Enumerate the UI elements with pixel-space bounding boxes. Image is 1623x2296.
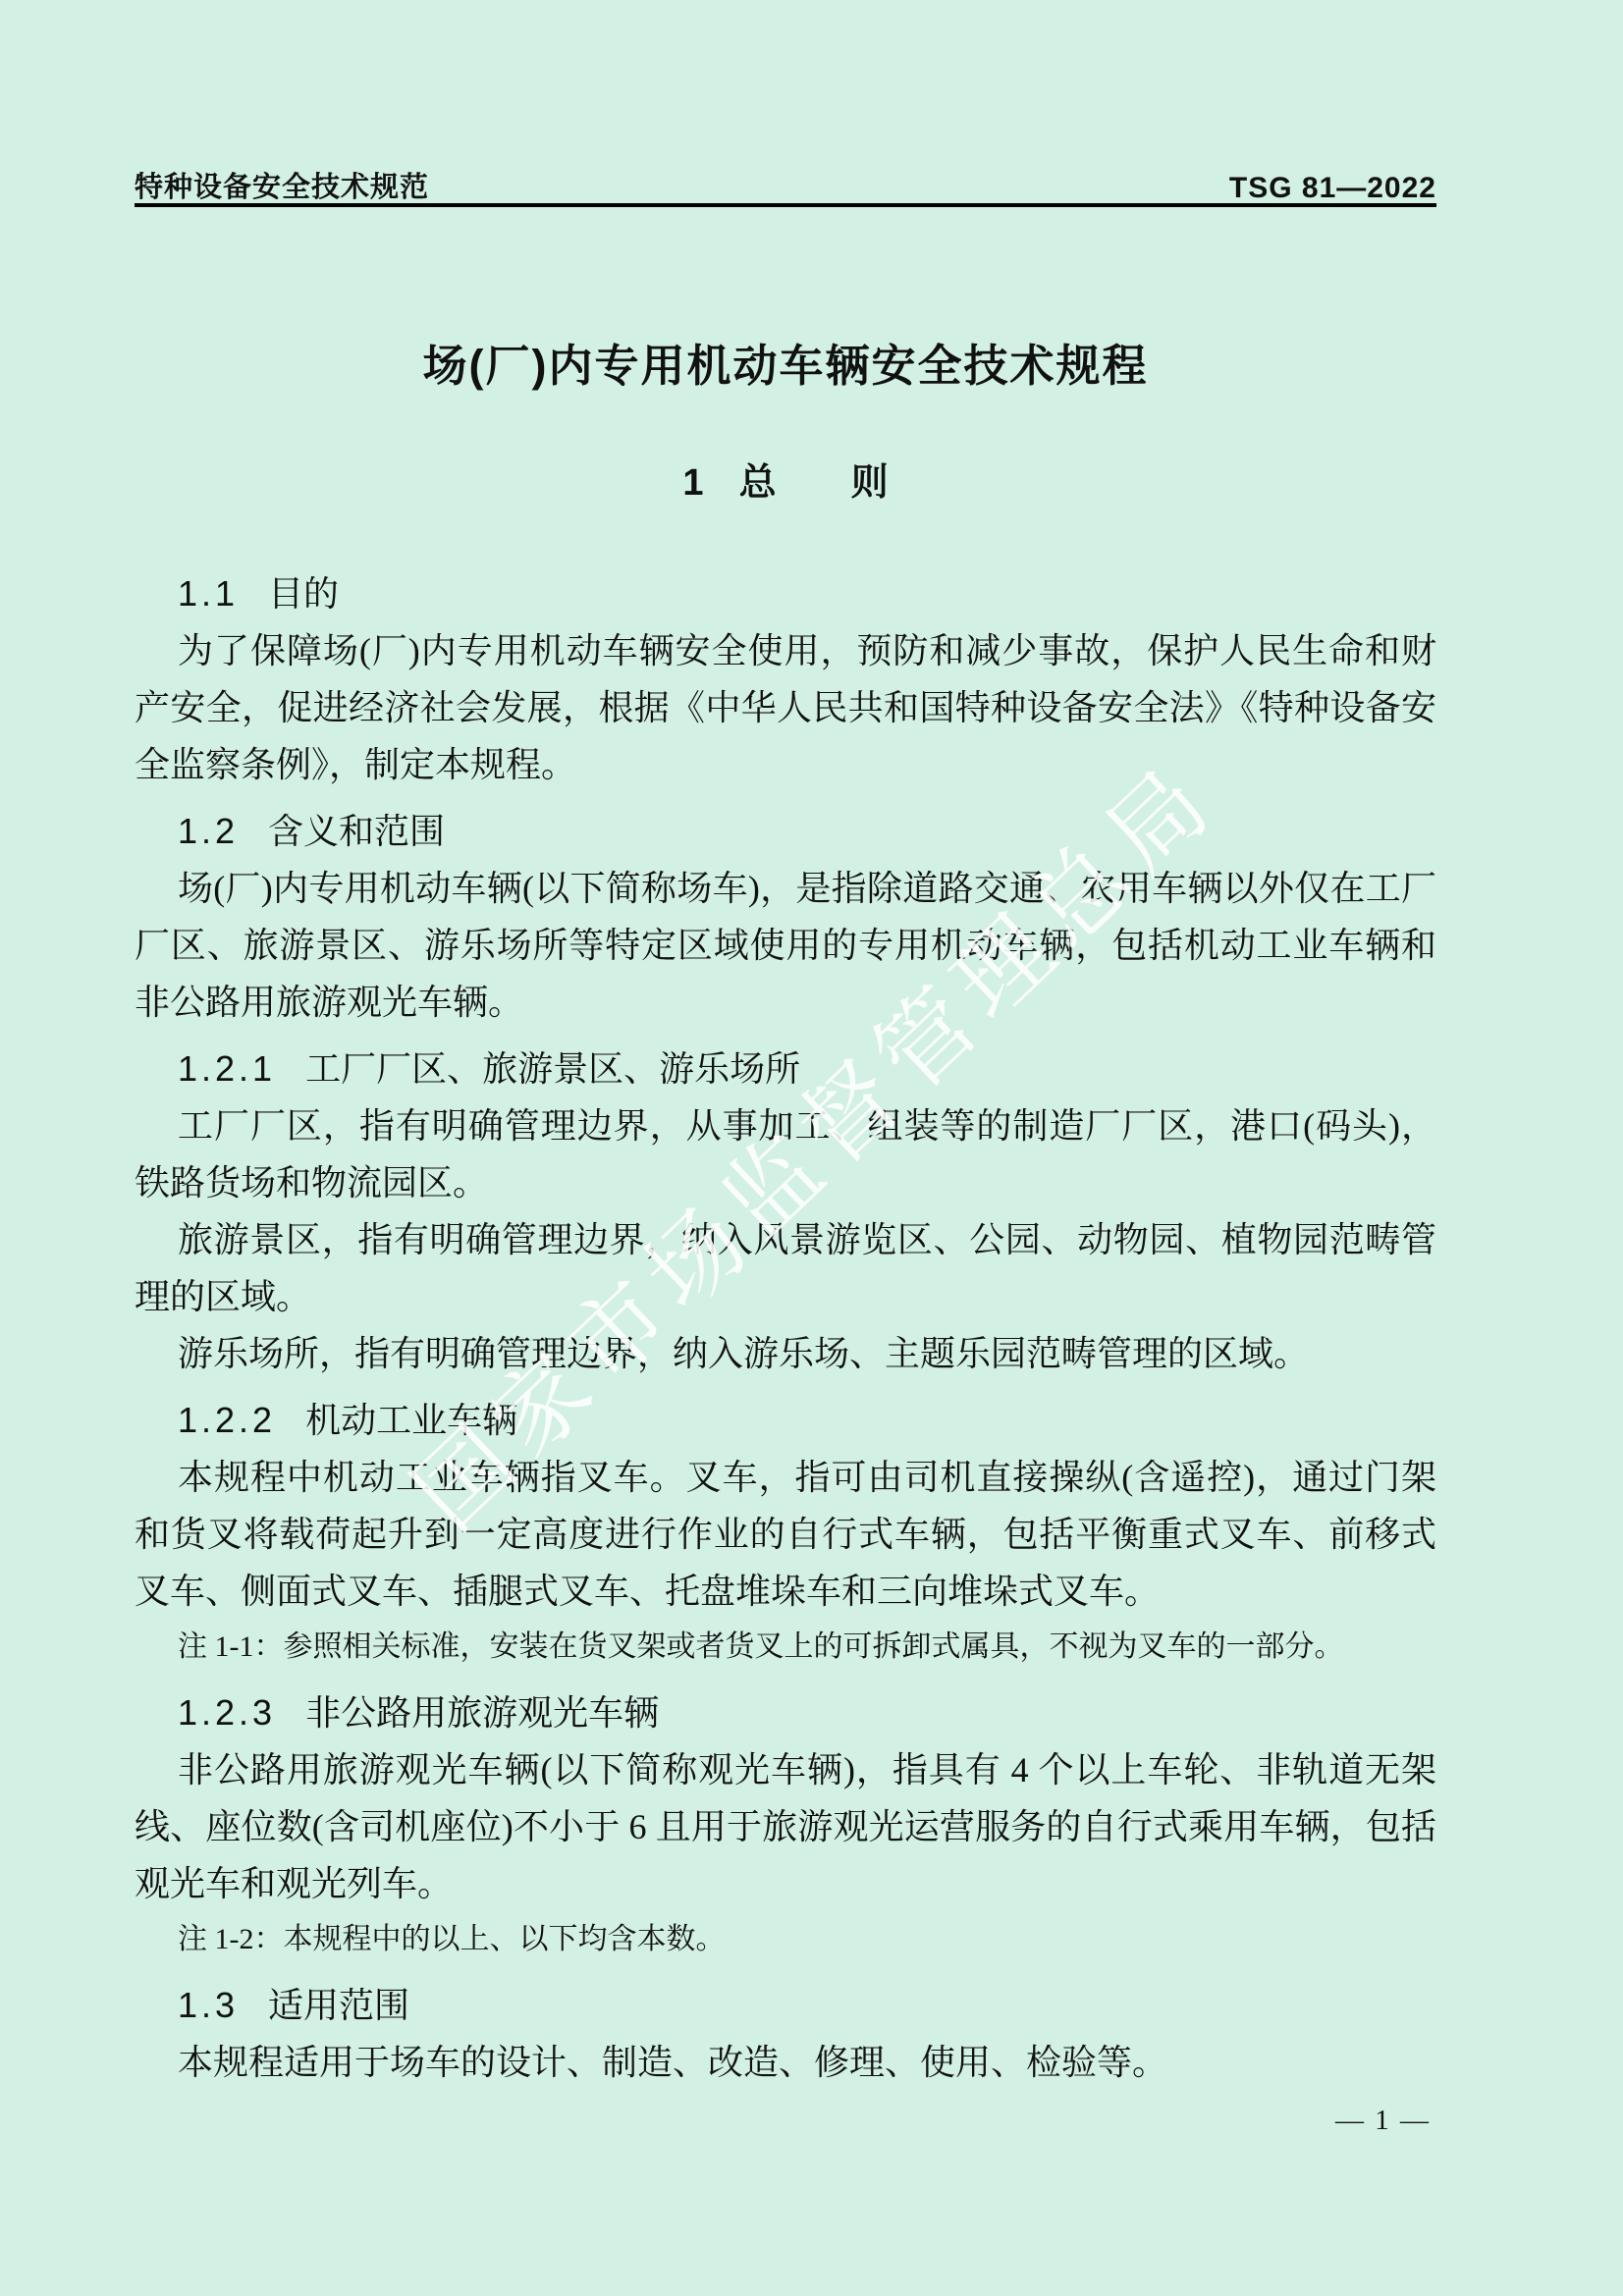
chapter-number: 1 (682, 462, 703, 504)
paragraph: 本规程适用于场车的设计、制造、改造、修理、使用、检验等。 (135, 2034, 1436, 2091)
paragraph: 本规程中机动工业车辆指叉车。叉车，指可由司机直接操纵(含遥控)，通过门架和货叉将… (135, 1449, 1436, 1620)
document-body: 1.1目的 为了保障场(厂)内专用机动车辆安全使用，预防和减少事故，保护人民生命… (135, 556, 1436, 2091)
section-title: 非公路用旅游观光车辆 (305, 1692, 659, 1733)
paragraph: 为了保障场(厂)内专用机动车辆安全使用，预防和减少事故，保护人民生命和财产安全，… (135, 622, 1436, 793)
header-standard-name: 特种设备安全技术规范 (135, 165, 429, 205)
document-page: 特种设备安全技术规范 TSG 81—2022 场(厂)内专用机动车辆安全技术规程… (0, 0, 1623, 2296)
chapter-title: 总 则 (739, 462, 889, 504)
section-heading: 1.1目的 (135, 565, 1436, 622)
header-rule (135, 203, 1436, 207)
section-number: 1.2.1 (178, 1048, 276, 1089)
paragraph: 场(厂)内专用机动车辆(以下简称场车)，是指除道路交通、农用车辆以外仅在工厂厂区… (135, 860, 1436, 1031)
section-title: 工厂厂区、旅游景区、游乐场所 (305, 1048, 800, 1089)
section-title: 适用范围 (268, 1985, 409, 2025)
paragraph: 工厂厂区，指有明确管理边界，从事加工、组装等的制造厂厂区，港口(码头)，铁路货场… (135, 1097, 1436, 1211)
section-heading: 1.2含义和范围 (135, 803, 1436, 860)
section-number: 1.3 (178, 1985, 239, 2025)
note-text: 注 1-1：参照相关标准，安装在货叉架或者货叉上的可拆卸式属具，不视为叉车的一部… (135, 1620, 1436, 1675)
chapter-heading: 1总 则 (135, 452, 1436, 506)
section-heading: 1.2.3非公路用旅游观光车辆 (135, 1684, 1436, 1741)
section-number: 1.1 (178, 573, 239, 614)
section-1-2: 1.2含义和范围 场(厂)内专用机动车辆(以下简称场车)，是指除道路交通、农用车… (135, 803, 1436, 1031)
running-header: 特种设备安全技术规范 TSG 81—2022 (135, 165, 1436, 205)
section-1-2-1: 1.2.1工厂厂区、旅游景区、游乐场所 工厂厂区，指有明确管理边界，从事加工、组… (135, 1041, 1436, 1382)
section-title: 目的 (268, 573, 339, 614)
page-number: — 1 — (1335, 2105, 1431, 2137)
paragraph: 旅游景区，指有明确管理边界，纳入风景游览区、公园、动物园、植物园范畴管理的区域。 (135, 1211, 1436, 1325)
section-heading: 1.2.1工厂厂区、旅游景区、游乐场所 (135, 1041, 1436, 1097)
section-title: 机动工业车辆 (305, 1400, 517, 1440)
section-heading: 1.3适用范围 (135, 1977, 1436, 2034)
section-1-1: 1.1目的 为了保障场(厂)内专用机动车辆安全使用，预防和减少事故，保护人民生命… (135, 565, 1436, 793)
section-number: 1.2.2 (178, 1400, 276, 1440)
section-title: 含义和范围 (268, 811, 445, 851)
section-number: 1.2 (178, 811, 239, 851)
document-title: 场(厂)内专用机动车辆安全技术规程 (135, 330, 1436, 394)
section-1-2-2: 1.2.2机动工业车辆 本规程中机动工业车辆指叉车。叉车，指可由司机直接操纵(含… (135, 1392, 1436, 1675)
section-1-3: 1.3适用范围 本规程适用于场车的设计、制造、改造、修理、使用、检验等。 (135, 1977, 1436, 2091)
paragraph: 非公路用旅游观光车辆(以下简称观光车辆)，指具有 4 个以上车轮、非轨道无架线、… (135, 1741, 1436, 1912)
section-1-2-3: 1.2.3非公路用旅游观光车辆 非公路用旅游观光车辆(以下简称观光车辆)，指具有… (135, 1684, 1436, 1967)
section-heading: 1.2.2机动工业车辆 (135, 1392, 1436, 1449)
section-number: 1.2.3 (178, 1692, 276, 1733)
note-text: 注 1-2：本规程中的以上、以下均含本数。 (135, 1912, 1436, 1967)
paragraph: 游乐场所，指有明确管理边界，纳入游乐场、主题乐园范畴管理的区域。 (135, 1325, 1436, 1382)
header-document-code: TSG 81—2022 (1229, 172, 1436, 205)
